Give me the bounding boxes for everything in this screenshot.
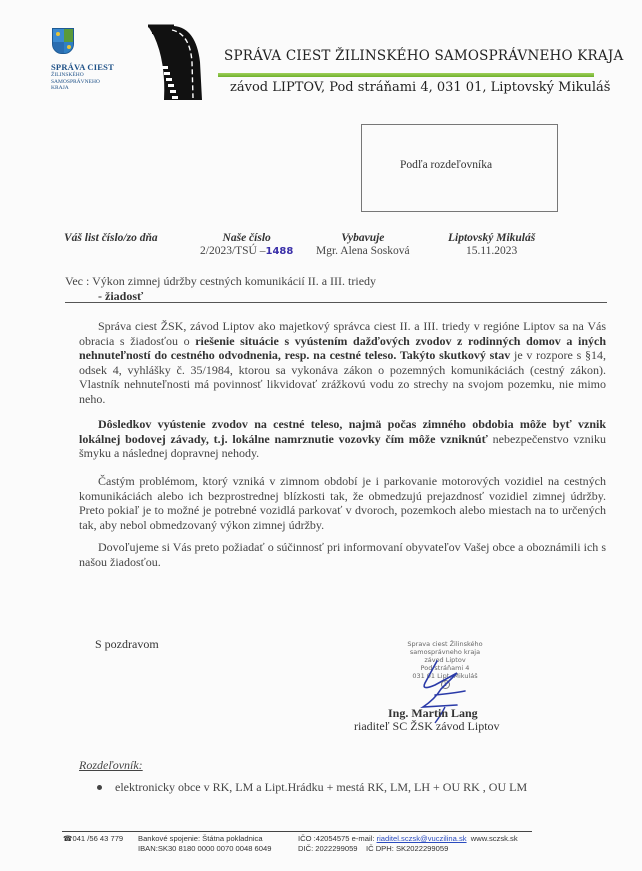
header-divider — [218, 73, 594, 77]
subject-divider — [65, 302, 607, 303]
greeting: S pozdravom — [95, 637, 159, 652]
paragraph-2: Dôsledkov vyústenie zvodov na cestné tel… — [79, 417, 606, 461]
organization-name: SPRÁVA CIEST ŽILINSKÉHO SAMOSPRÁVNEHO KR… — [224, 48, 623, 64]
subject-label: Vec : — [65, 274, 89, 288]
distribution-label: Rozdeľovník: — [79, 758, 143, 773]
paragraph-1: Správa ciest ŽSK, závod Liptov ako majet… — [79, 319, 606, 407]
our-number-value: 2/2023/TSÚ – — [200, 245, 266, 257]
subject: Vec : Výkon zimnej údržby cestných komun… — [65, 274, 376, 304]
bullet-icon — [97, 785, 102, 790]
handled-by-label: Vybavuje — [316, 232, 410, 245]
letter-date: 15.11.2023 — [448, 245, 535, 258]
your-letter-label: Váš list číslo/zo dňa — [64, 232, 158, 245]
logo-subtitle: ŽILINSKÉHO SAMOSPRÁVNEHO KRAJA — [51, 72, 100, 92]
footer-divider — [62, 831, 532, 832]
footer-bank: Bankové spojenie: Štátna pokladnica IBAN… — [138, 834, 271, 854]
handled-by-column: Vybavuje Mgr. Alena Sosková — [316, 232, 410, 258]
footer-ids: IČO :42054575 e-mail: riaditel.sczsk@vuc… — [298, 834, 518, 854]
handwritten-number: 1488 — [266, 246, 294, 257]
email-link[interactable]: riaditel.sczsk@vuczilina.sk — [377, 834, 467, 843]
your-letter-column: Váš list číslo/zo dňa — [64, 232, 158, 245]
handled-by-value: Mgr. Alena Sosková — [316, 245, 410, 258]
our-number-label: Naše číslo — [200, 232, 293, 245]
organization-address: závod LIPTOV, Pod stráňami 4, 031 01, Li… — [230, 80, 610, 95]
paragraph-3: Častým problémom, ktorý vzniká v zimnom … — [79, 474, 606, 532]
our-number-column: Naše číslo 2/2023/TSÚ –1488 — [200, 232, 293, 258]
recipient-text: Podľa rozdeľovníka — [400, 159, 492, 171]
paragraph-4: Dovoľujeme si Vás preto požiadať o súčin… — [79, 540, 606, 569]
company-logo: SPRÁVA CIEST ŽILINSKÉHO SAMOSPRÁVNEHO KR… — [48, 22, 198, 98]
website: www.sczsk.sk — [471, 834, 518, 843]
list-item: elektronicky obce v RK, LM a Lipt.Hrádku… — [97, 780, 527, 795]
recipient-box: Podľa rozdeľovníka — [361, 124, 558, 212]
place-label: Liptovský Mikuláš — [448, 232, 535, 245]
road-icon — [144, 22, 204, 102]
place-date-column: Liptovský Mikuláš 15.11.2023 — [448, 232, 535, 258]
footer-phone: ☎041 /56 43 779 — [63, 834, 123, 844]
logo-title: SPRÁVA CIEST — [51, 62, 114, 72]
signer-role: riaditeľ SC ŽSK závod Liptov — [354, 719, 500, 734]
coat-of-arms-icon — [52, 28, 74, 54]
subject-line1: Výkon zimnej údržby cestných komunikácií… — [92, 274, 376, 288]
